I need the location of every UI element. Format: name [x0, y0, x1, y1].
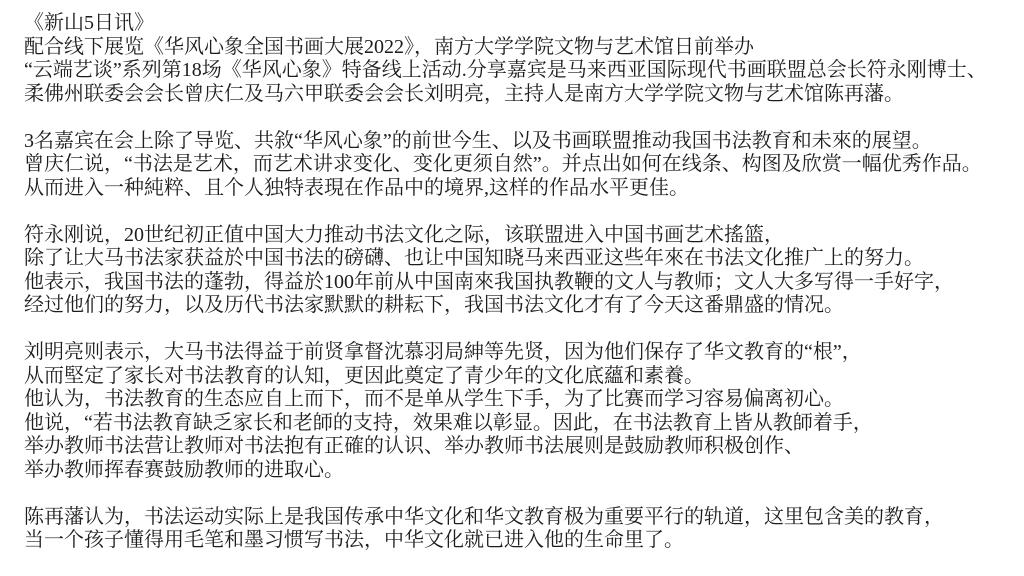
paragraph-chen-zaifan: 陈再藩认为，书法运动实际上是我国传承中华文化和华文教育极为重要平行的轨道，这里包…: [24, 506, 1016, 553]
paragraph-guests: 3名嘉宾在会上除了导览、共敘“华风心象”的前世今生、以及书画联盟推动我国书法教育…: [24, 130, 1016, 201]
text-line: 从而进入一种純粹、且个人独特表現在作品中的境界,这样的作品水平更佳。: [24, 177, 1016, 201]
text-line: 当一个孩子懂得用毛笔和墨习惯写书法，中华文化就已进入他的生命里了。: [24, 529, 1016, 553]
text-line: 从而堅定了家长对书法教育的认知，更因此奠定了青少年的文化底蘊和素養。: [24, 365, 1016, 389]
text-line: 曾庆仁说，“书法是艺术，而艺术讲求变化、变化更须自然”。并点出如何在线条、构图及…: [24, 153, 1016, 177]
text-line: 经过他们的努力，以及历代书法家默默的耕耘下，我国书法文化才有了今天这番鼎盛的情况…: [24, 294, 1016, 318]
news-article: 《新山5日讯》 配合线下展览《华风心象全国书画大展2022》，南方大学学院文物与…: [0, 0, 1024, 553]
text-line: 他认为，书法教育的生态应自上而下，而不是单从学生下手，为了比赛而学习容易偏离初心…: [24, 388, 1016, 412]
text-line: 举办教师书法营让教师对书法抱有正確的认识、举办教师书法展则是鼓励教师积极创作、: [24, 435, 1016, 459]
dateline: 《新山5日讯》: [24, 12, 1016, 36]
text-line: 配合线下展览《华风心象全国书画大展2022》，南方大学学院文物与艺术馆日前举办: [24, 36, 1016, 60]
text-line: 陈再藩认为，书法运动实际上是我国传承中华文化和华文教育极为重要平行的轨道，这里包…: [24, 506, 1016, 530]
paragraph-liu-mingliang: 刘明亮则表示，大马书法得益于前贤拿督沈慕羽局紳等先贤，因为他们保存了华文教育的“…: [24, 341, 1016, 482]
text-line: 他表示，我国书法的蓬勃，得益於100年前从中国南來我国执教鞭的文人与教师；文人大…: [24, 271, 1016, 295]
text-line: 符永刚说，20世纪初正值中国大力推动书法文化之际，该联盟进入中国书画艺术搖篮，: [24, 224, 1016, 248]
document-page: 《新山5日讯》 配合线下展览《华风心象全国书画大展2022》，南方大学学院文物与…: [0, 0, 1024, 576]
text-line: 3名嘉宾在会上除了导览、共敘“华风心象”的前世今生、以及书画联盟推动我国书法教育…: [24, 130, 1016, 154]
paragraph-fu-yonggang: 符永刚说，20世纪初正值中国大力推动书法文化之际，该联盟进入中国书画艺术搖篮， …: [24, 224, 1016, 318]
text-line: 他说，“若书法教育缺乏家长和老師的支持，效果难以彰显。因此，在书法教育上皆从教師…: [24, 412, 1016, 436]
text-line: 除了让大马书法家获益於中国书法的磅礴、也让中国知晓马来西亚这些年來在书法文化推广…: [24, 247, 1016, 271]
paragraph-intro: 《新山5日讯》 配合线下展览《华风心象全国书画大展2022》，南方大学学院文物与…: [24, 12, 1016, 106]
text-line: 举办教师挥春赛鼓励教师的进取心。: [24, 459, 1016, 483]
text-line: “云端艺谈”系列第18场《华风心象》特备线上活动.分享嘉宾是马来西亚国际现代书画…: [24, 59, 1016, 83]
text-line: 柔佛州联委会会长曾庆仁及马六甲联委会会长刘明亮，主持人是南方大学学院文物与艺术馆…: [24, 83, 1016, 107]
text-line: 刘明亮则表示，大马书法得益于前贤拿督沈慕羽局紳等先贤，因为他们保存了华文教育的“…: [24, 341, 1016, 365]
